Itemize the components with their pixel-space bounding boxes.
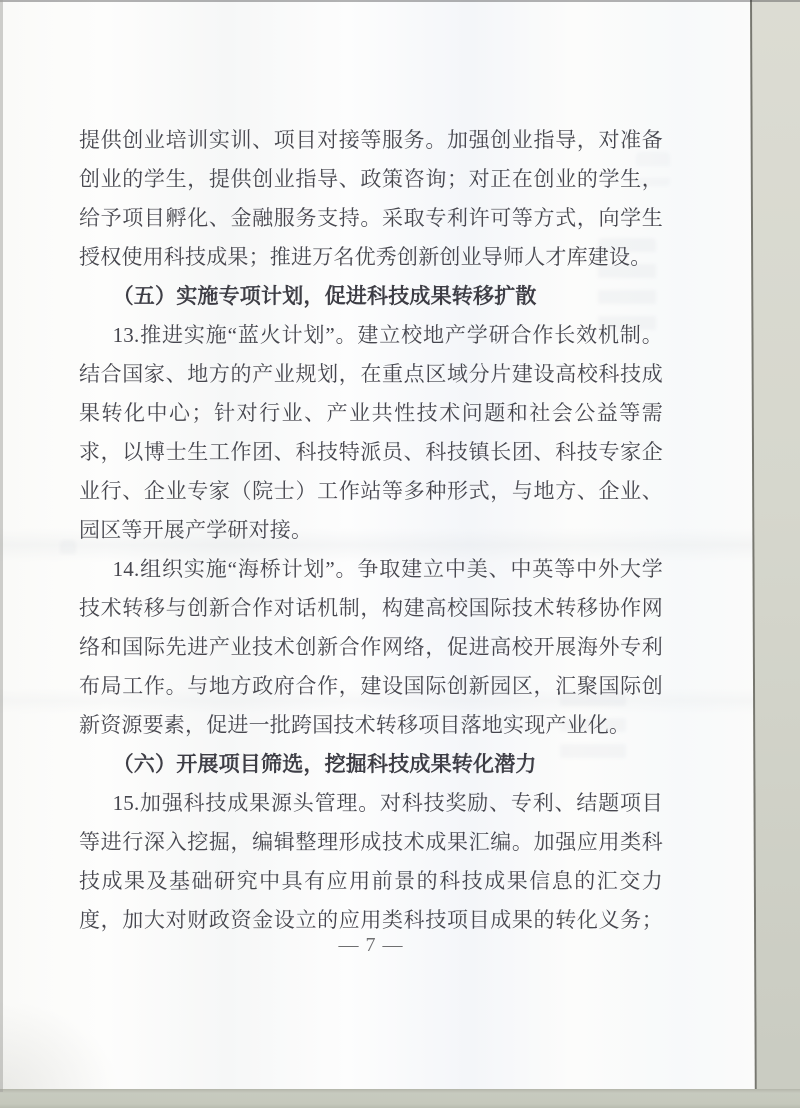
page-number: — 7 — — [79, 934, 663, 957]
section-heading-6: （六）开展项目筛选，挖掘科技成果转化潜力 — [79, 745, 663, 784]
scanner-edge-bottom — [0, 1089, 800, 1108]
scanned-document-page: 提供创业培训实训、项目对接等服务。加强创业指导，对准备创业的学生，提供创业指导、… — [0, 0, 800, 1108]
section-heading-5: （五）实施专项计划，促进科技成果转移扩散 — [79, 277, 663, 316]
scanner-edge-left — [0, 0, 3, 1092]
text-column: 提供创业培训实训、项目对接等服务。加强创业指导，对准备创业的学生，提供创业指导、… — [79, 121, 663, 943]
paragraph-item-13: 13.推进实施“蓝火计划”。建立校地产学研合作长效机制。结合国家、地方的产业规划… — [79, 316, 663, 550]
paragraph-item-14: 14.组织实施“海桥计划”。争取建立中美、中英等中外大学技术转移与创新合作对话机… — [79, 550, 663, 745]
paper-surface: 提供创业培训实训、项目对接等服务。加强创业指导，对准备创业的学生，提供创业指导、… — [0, 0, 756, 1092]
corner-shadow — [0, 1000, 120, 1092]
scanner-edge-right — [750, 0, 800, 1108]
scanner-edge-top — [0, 0, 800, 2]
bleed-through-ghost — [60, 540, 76, 558]
paragraph-continued: 提供创业培训实训、项目对接等服务。加强创业指导，对准备创业的学生，提供创业指导、… — [79, 121, 663, 277]
paragraph-item-15: 15.加强科技成果源头管理。对科技奖励、专利、结题项目等进行深入挖掘，编辑整理形… — [79, 784, 663, 943]
